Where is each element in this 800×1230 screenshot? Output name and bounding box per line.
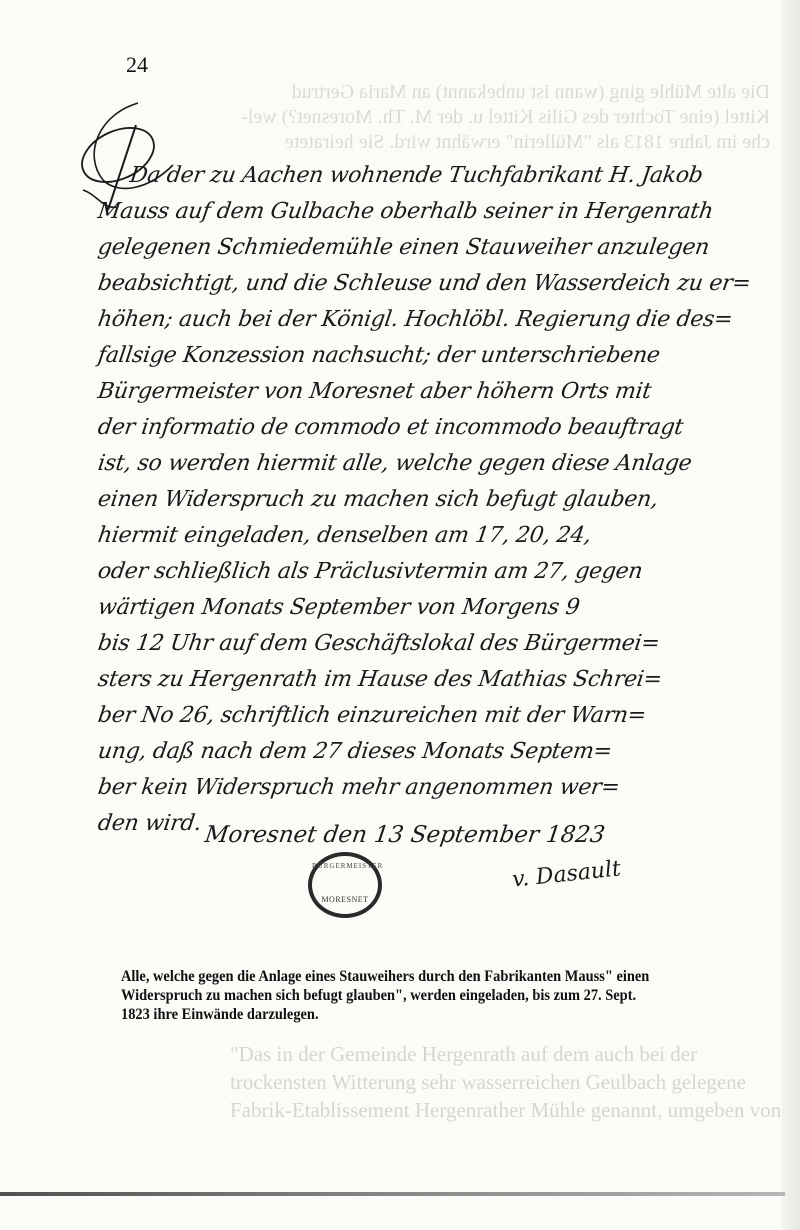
manuscript-line: ist, so werden hiermit alle, welche gege… <box>95 446 790 482</box>
figure-caption: Alle, welche gegen die Anlage eines Stau… <box>121 967 651 1024</box>
manuscript-line: ber kein Widerspruch mehr angenommen wer… <box>95 770 790 806</box>
bleed-line: che im Jahre 1813 als "Müllerin" erwähnt… <box>210 130 770 155</box>
manuscript-line: beabsichtigt, und die Schleuse und den W… <box>95 266 790 302</box>
manuscript-line: höhen; auch bei der Königl. Hochlöbl. Re… <box>95 302 790 338</box>
manuscript-line: ber No 26, schriftlich einzureichen mit … <box>95 698 790 734</box>
bleed-through-text-lower: "Das in der Gemeinde Hergenrath auf dem … <box>230 1040 680 1124</box>
bleed-line: trockensten Witterung sehr wasserreichen… <box>230 1068 680 1096</box>
manuscript-line: fallsige Konzession nachsucht; der unter… <box>95 338 790 374</box>
manuscript-line: gelegenen Schmiedemühle einen Stauweiher… <box>95 230 790 266</box>
handwritten-notice: Da der zu Aachen wohnende Tuchfabrikant … <box>98 158 788 842</box>
page-number: 24 <box>126 52 148 78</box>
mayor-signature: v. Dasault <box>511 856 622 892</box>
manuscript-line: ung, daß nach dem 27 dieses Monats Septe… <box>95 734 790 770</box>
official-seal-stamp: BÜRGERMEISTER MORESNET <box>308 852 382 918</box>
manuscript-line: hiermit eingeladen, denselben am 17, 20,… <box>95 518 790 554</box>
stamp-top-text: BÜRGERMEISTER <box>312 862 378 870</box>
bleed-line: Fabrik-Etablissement Hergenrather Mühle … <box>230 1096 680 1124</box>
stamp-bottom-text: MORESNET <box>312 895 378 904</box>
place-and-date: Moresnet den 13 September 1823 <box>203 822 606 848</box>
bleed-line: Die alte Mühle ging (wann ist unbekannt)… <box>210 80 770 105</box>
bleed-through-text-upper: Die alte Mühle ging (wann ist unbekannt)… <box>210 80 770 155</box>
manuscript-line: der informatio de commodo et incommodo b… <box>95 410 790 446</box>
bleed-line: "Das in der Gemeinde Hergenrath auf dem … <box>230 1040 680 1068</box>
manuscript-line: Da der zu Aachen wohnende Tuchfabrikant … <box>95 158 790 194</box>
bleed-line: Kittel (eine Tochter des Gilis Kittel u.… <box>210 105 770 130</box>
manuscript-line: Mauss auf dem Gulbache oberhalb seiner i… <box>95 194 790 230</box>
manuscript-line: sters zu Hergenrath im Hause des Mathias… <box>95 662 790 698</box>
manuscript-line: bis 12 Uhr auf dem Geschäftslokal des Bü… <box>95 626 790 662</box>
manuscript-line: Bürgermeister von Moresnet aber höhern O… <box>95 374 790 410</box>
manuscript-line: oder schließlich als Präclusivtermin am … <box>95 554 790 590</box>
manuscript-line: wärtigen Monats September von Morgens 9 <box>95 590 790 626</box>
page-bottom-edge <box>0 1192 785 1196</box>
manuscript-line: einen Widerspruch zu machen sich befugt … <box>95 482 790 518</box>
